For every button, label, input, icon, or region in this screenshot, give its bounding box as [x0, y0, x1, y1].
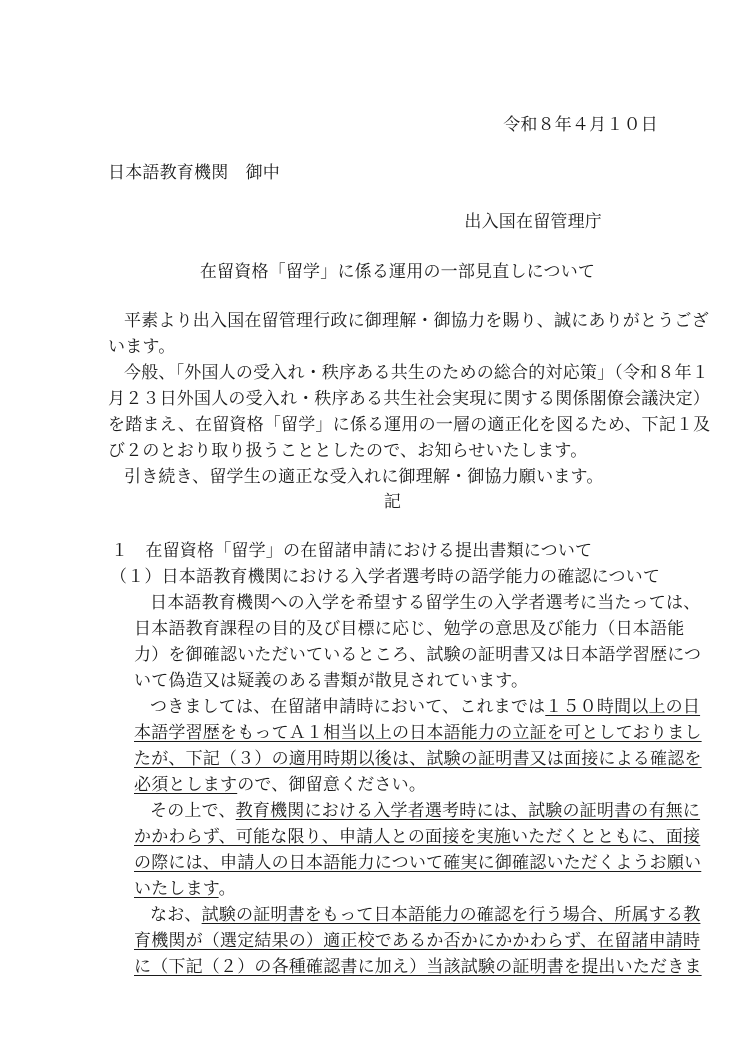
- intro-line-2: います。: [108, 337, 175, 357]
- para2-underlined-text: １５０時間以上の日: [545, 697, 700, 717]
- section-1-heading: １ 在留資格「留学」の在留諸申請における提出書類について: [111, 541, 592, 561]
- para1-line-2: 日本語教育課程の目的及び目標に応じ、勉学の意思及び能力（日本語能: [134, 619, 684, 639]
- para3-line-3: の際には、申請人の日本語能力について確実に御確認いただくようお願い: [134, 853, 701, 873]
- para3-line-4: いたします。: [134, 879, 236, 899]
- para3-line-2: かかわらず、可能な限り、申請人との面接を実施いただくとともに、面接: [134, 827, 700, 847]
- sender: 出入国在留管理庁: [464, 212, 602, 232]
- intro-line-5: を踏まえ、在留資格「留学」に係る運用の一層の適正化を図るため、下記１及: [108, 415, 710, 435]
- para4-line-2: 育機関が（選定結果の）適正校であるか否かにかかわらず、在留諸申請時: [134, 931, 700, 951]
- para4-line-1: なお、試験の証明書をもって日本語能力の確認を行う場合、所属する教: [150, 905, 700, 925]
- para1-line-3: 力）を御確認いただいているところ、試験の証明書又は日本語学習歴につ: [134, 645, 701, 665]
- subsection-1-heading: （１）日本語教育機関における入学者選考時の語学能力の確認について: [110, 567, 660, 587]
- para3-underlined-text: いたします: [134, 879, 219, 899]
- para2-line-4: 必須としますので、御留意ください。: [134, 775, 426, 795]
- para2-line-2: 本語学習歴をもってＡ１相当以上の日本語能力の立証を可としておりまし: [134, 723, 702, 743]
- para2-line-3: たが、下記（３）の適用時期以後は、試験の証明書又は面接による確認を: [134, 749, 702, 769]
- para1-line-1: 日本語教育機関への入学を希望する留学生の入学者選考に当たっては、: [150, 593, 700, 613]
- para4-underlined-text: 試験の証明書をもって日本語能力の確認を行う場合、所属する教: [202, 905, 701, 925]
- intro-line-3: 今般、「外国人の受入れ・秩序ある共生のための総合的対応策」（令和８年１: [124, 363, 709, 383]
- para2-text: ので、御留意ください。: [237, 775, 426, 795]
- intro-line-7: 引き続き、留学生の適正な受入れに御理解・御協力願います。: [124, 467, 604, 487]
- para4-line-3: に（下記（２）の各種確認書に加え）当該試験の証明書を提出いただきま: [134, 957, 702, 977]
- para3-line-1: その上で、教育機関における入学者選考時には、試験の証明書の有無に: [150, 801, 700, 821]
- para3-underlined-text: 教育機関における入学者選考時には、試験の証明書の有無に: [236, 801, 700, 821]
- para2-line-1: つきましては、在留諸申請時において、これまでは１５０時間以上の日: [150, 697, 700, 717]
- intro-line-1: 平素より出入国在留管理行政に御理解・御協力を賜り、誠にありがとうござ: [124, 311, 709, 331]
- para3-text: その上で、: [150, 801, 236, 821]
- para2-underlined-text: 必須とします: [134, 775, 237, 795]
- intro-line-6: び２のとおり取り扱うこととしたので、お知らせいたします。: [108, 441, 587, 461]
- document-title: 在留資格「留学」に係る運用の一部見直しについて: [0, 262, 750, 282]
- para1-line-4: いて偽造又は疑義のある書類が散見されています。: [134, 671, 528, 691]
- para3-text: 。: [219, 879, 236, 899]
- addressee: 日本語教育機関 御中: [108, 163, 280, 183]
- document-date: 令和８年４月１０日: [503, 115, 658, 135]
- intro-line-4: 月２３日外国人の受入れ・秩序ある共生社会実現に関する関係閣僚会議決定）: [108, 389, 710, 409]
- para2-text: つきましては、在留諸申請時において、これまでは: [150, 697, 545, 717]
- para4-text: なお、: [150, 905, 202, 925]
- ki-marker: 記: [0, 492, 750, 512]
